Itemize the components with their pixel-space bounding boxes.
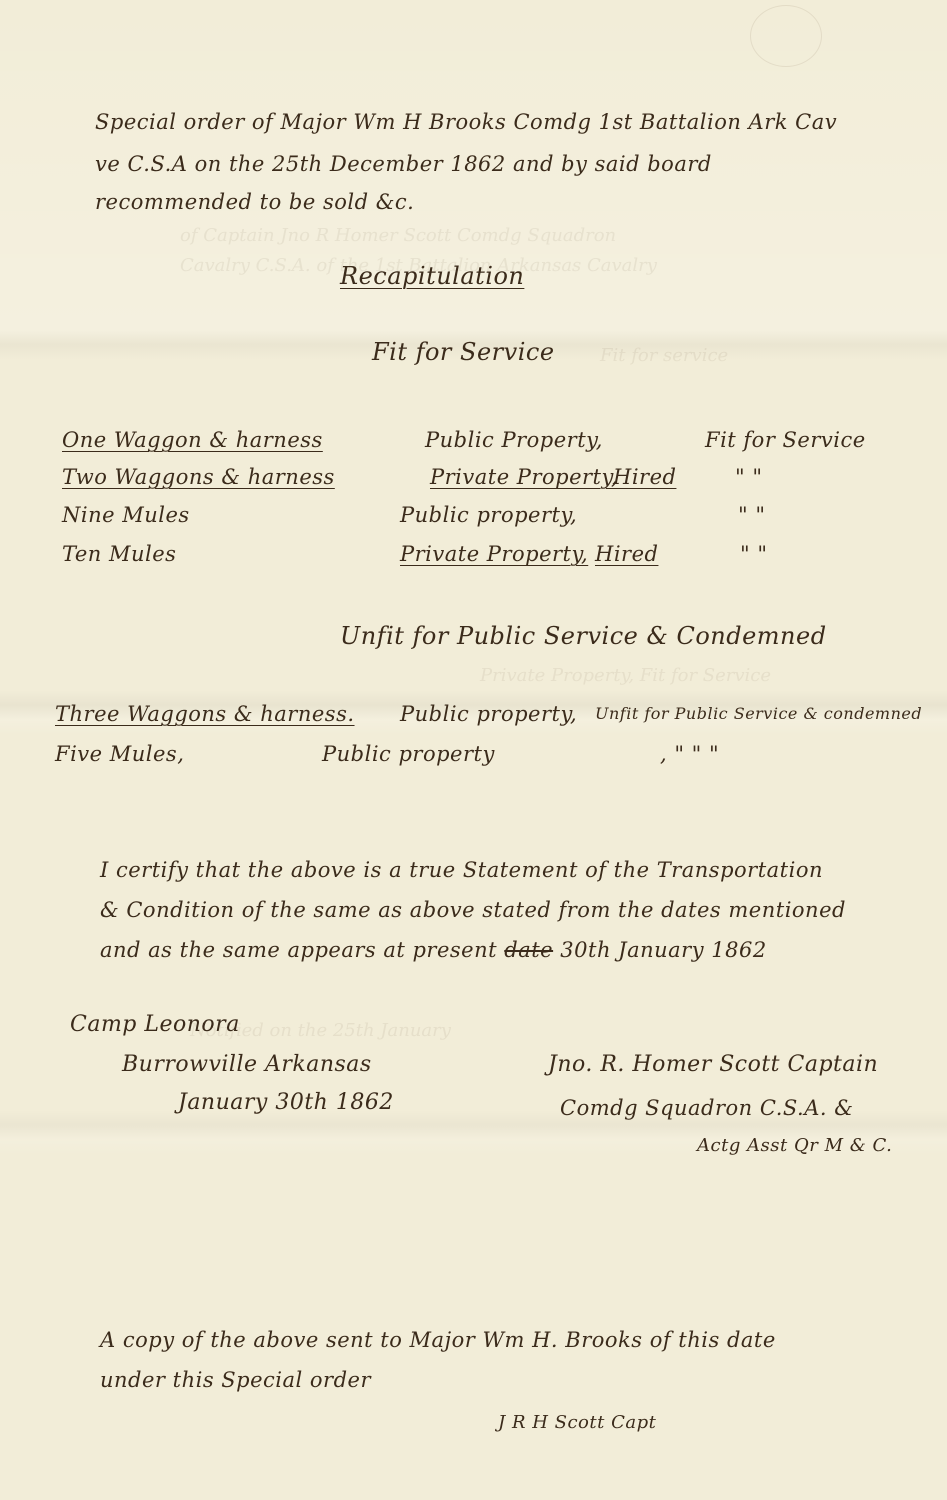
document-page: of Captain Jno R Homer Scott Comdg Squad… [0, 0, 947, 1500]
signature-title-1: Comdg Squadron C.S.A. & [560, 1096, 853, 1120]
item-cell: One Waggon & harness [62, 428, 323, 452]
intro-line-1: Special order of Major Wm H Brooks Comdg… [95, 110, 837, 134]
intro-line-3: recommended to be sold &c. [95, 190, 414, 214]
status-cell: " " [740, 542, 768, 566]
certification-line-1: I certify that the above is a true State… [100, 858, 823, 882]
struck-word: date [504, 938, 553, 962]
hired-cell: Hired [595, 542, 658, 566]
status-cell: , " " " [660, 742, 719, 766]
status-cell: " " [738, 503, 766, 527]
status-cell: Unfit for Public Service & condemned [595, 704, 922, 723]
property-cell: Public property, [400, 702, 577, 726]
hired-cell: Hired [613, 465, 676, 489]
intro-line-2: ve C.S.A on the 25th December 1862 and b… [95, 152, 712, 176]
place-town: Burrowville Arkansas [122, 1052, 372, 1077]
faint-seal-mark [750, 5, 822, 67]
place-camp: Camp Leonora [70, 1012, 240, 1037]
item-cell: Three Waggons & harness. [55, 702, 355, 726]
bleed-through-text: Fit for service [600, 345, 728, 366]
copy-note-line-1: A copy of the above sent to Major Wm H. … [100, 1328, 776, 1352]
item-cell: Two Waggons & harness [62, 465, 335, 489]
property-cell: Public Property, [425, 428, 603, 452]
status-cell: Fit for Service [705, 428, 866, 452]
certification-line-3-prefix: and as the same appears at present [100, 938, 497, 962]
status-cell: " " [735, 465, 763, 489]
item-cell: Ten Mules [62, 542, 176, 566]
certification-line-3: and as the same appears at present date … [100, 938, 767, 962]
property-cell: Public property [322, 742, 495, 766]
property-cell: Private Property, [430, 465, 618, 489]
certification-date: 30th January 1862 [560, 938, 766, 962]
place-date: January 30th 1862 [178, 1090, 394, 1115]
document-title: Recapitulation [340, 262, 524, 290]
signature-title-2: Actg Asst Qr M & C. [697, 1135, 892, 1156]
property-cell: Public property, [400, 503, 577, 527]
bleed-through-text: Private Property, Fit for Service [480, 665, 771, 686]
copy-note-line-2: under this Special order [100, 1368, 371, 1392]
signature-name: Jno. R. Homer Scott Captain [548, 1052, 878, 1077]
certification-line-2: & Condition of the same as above stated … [100, 898, 846, 922]
copy-note-initials: J R H Scott Capt [498, 1412, 656, 1433]
section-fit-heading: Fit for Service [372, 338, 555, 366]
bleed-through-text: of Captain Jno R Homer Scott Comdg Squad… [180, 225, 616, 246]
property-cell: Private Property, [400, 542, 588, 566]
item-cell: Nine Mules [62, 503, 190, 527]
section-unfit-heading: Unfit for Public Service & Condemned [340, 622, 827, 650]
item-cell: Five Mules, [55, 742, 184, 766]
